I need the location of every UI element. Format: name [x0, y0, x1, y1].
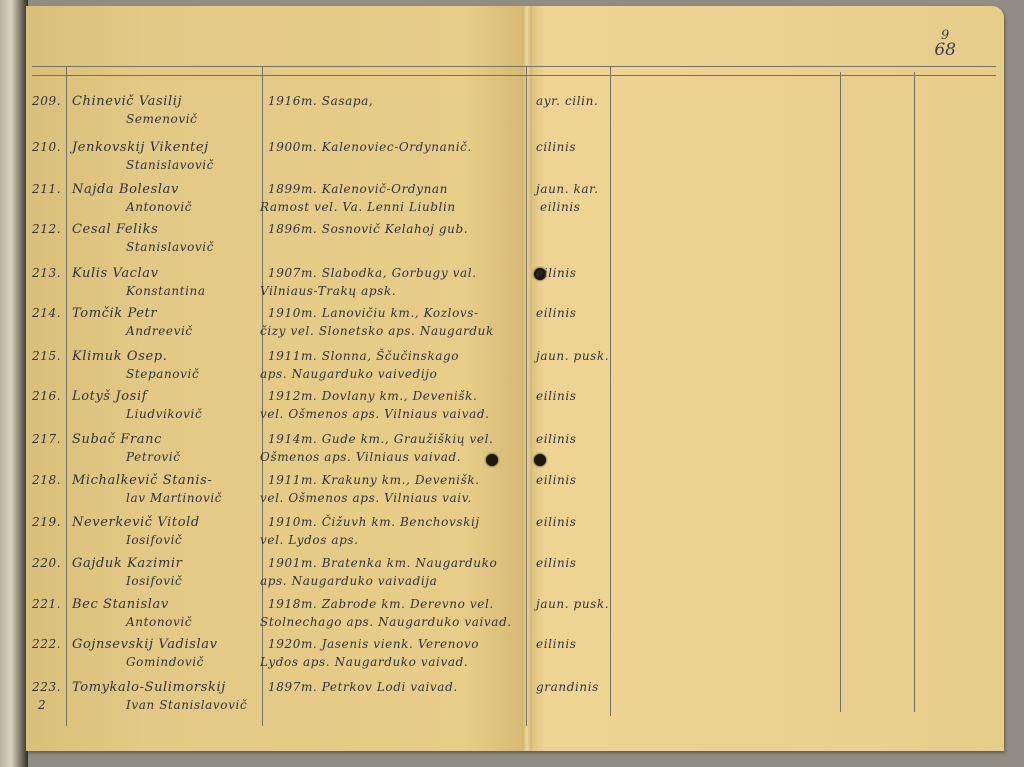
entry-patronymic: Stanislavovič	[126, 240, 214, 254]
entry-birth-place: 1920m. Jasenis vienk. Verenovo	[268, 637, 479, 651]
column-rule-extra-2	[914, 72, 915, 712]
entry-patronymic: Gomindovič	[126, 655, 204, 669]
entry-status: ayr. cilin.	[536, 94, 598, 108]
entry-name: Michalkevič Stanis-	[72, 473, 212, 488]
entry-birth-place-cont: aps. Naugarduko vaivedijo	[260, 367, 437, 381]
entry-birth-place-cont: aps. Naugarduko vaivadija	[260, 574, 437, 588]
header-rule-top	[32, 66, 996, 67]
entry-patronymic: Liudvikovič	[126, 407, 202, 421]
entry-status: eilinis	[536, 515, 577, 529]
entry-number-suffix: 2	[38, 698, 46, 712]
entry-birth-place: 1914m. Gude km., Graužiškių vel.	[268, 432, 493, 446]
entry-number: 219.	[32, 515, 61, 529]
column-rule-extra-1	[840, 72, 841, 712]
entry-name: Klimuk Osep.	[72, 349, 167, 364]
entry-number: 222.	[32, 637, 61, 651]
entry-name: Chinevič Vasilij	[72, 94, 182, 109]
punch-hole	[534, 454, 546, 466]
entry-patronymic: Andreevič	[126, 324, 193, 338]
entry-status: jaun. pusk.	[536, 597, 609, 611]
entry-number: 221.	[32, 597, 61, 611]
punch-hole	[486, 454, 498, 466]
entry-name: Bec Stanislav	[72, 597, 169, 612]
entry-number: 213.	[32, 266, 61, 280]
entry-status: eilinis	[536, 306, 577, 320]
entry-status: jaun. pusk.	[536, 349, 609, 363]
entry-patronymic: Petrovič	[126, 450, 181, 464]
entry-patronymic: Ivan Stanislavovič	[126, 698, 247, 712]
entry-birth-place-cont: Lydos aps. Naugarduko vaivad.	[260, 655, 468, 669]
column-rule-birth	[526, 66, 527, 726]
entry-birth-place: 1900m. Kalenoviec-Ordynanič.	[268, 140, 472, 154]
book-binding	[0, 0, 28, 767]
entry-birth-place-cont: vel. Lydos aps.	[260, 533, 359, 547]
entry-name: Najda Boleslav	[72, 182, 179, 197]
entry-patronymic: Antonovič	[126, 200, 192, 214]
entry-birth-place-cont: vel. Ošmenos aps. Vilniaus vaivad.	[260, 407, 490, 421]
entry-birth-place-cont: čizy vel. Slonetsko aps. Naugarduk	[260, 324, 494, 338]
entry-number: 211.	[32, 182, 61, 196]
entry-patronymic: Konstantina	[126, 284, 206, 298]
entry-status: eilinis	[536, 637, 577, 651]
entry-name: Subač Franc	[72, 432, 162, 447]
entry-birth-place: 1907m. Slabodka, Gorbugy val.	[268, 266, 477, 280]
entry-status: eilinis	[536, 432, 577, 446]
entry-number: 214.	[32, 306, 61, 320]
entry-patronymic: Stepanovič	[126, 367, 199, 381]
entry-birth-place: 1911m. Slonna, Ščučinskago	[268, 349, 459, 363]
entry-birth-place: 1910m. Lanovičiu km., Kozlovs-	[268, 306, 479, 320]
entry-number: 215.	[32, 349, 61, 363]
entry-number: 217.	[32, 432, 61, 446]
entry-patronymic: lav Martinovič	[126, 491, 222, 505]
entry-birth-place: 1916m. Sasapa,	[268, 94, 373, 108]
entry-birth-place: 1910m. Čižuvh km. Benchovskij	[268, 515, 480, 529]
column-rule-status	[610, 66, 611, 716]
entry-status: grandinis	[536, 680, 599, 694]
entry-status: eilinis	[536, 266, 577, 280]
entry-name: Tomčik Petr	[72, 306, 157, 321]
entry-number: 220.	[32, 556, 61, 570]
entry-number: 210.	[32, 140, 61, 154]
entry-name: Kulis Vaclav	[72, 266, 159, 281]
entry-name: Jenkovskij Vikentej	[72, 140, 209, 155]
entry-status: eilinis	[536, 473, 577, 487]
entry-name: Lotyš Josif	[72, 389, 147, 404]
entry-name: Neverkevič Vitold	[72, 515, 200, 530]
entry-birth-place: 1897m. Petrkov Lodi vaivad.	[268, 680, 458, 694]
page-fold	[522, 6, 532, 751]
entry-birth-place-cont: vel. Ošmenos aps. Vilniaus vaiv.	[260, 491, 472, 505]
entry-name: Cesal Feliks	[72, 222, 158, 237]
entry-name: Gojnsevskij Vadislav	[72, 637, 218, 652]
page-number: 9 68	[934, 28, 956, 58]
entry-patronymic: Iosifovič	[126, 533, 182, 547]
entry-number: 218.	[32, 473, 61, 487]
entry-birth-place: 1901m. Bratenka km. Naugarduko	[268, 556, 497, 570]
entry-patronymic: Stanislavovič	[126, 158, 214, 172]
register-page: 9 68 209.Chinevič VasilijSemenovič1916m.…	[26, 6, 1004, 751]
entry-status: cilinis	[536, 140, 576, 154]
entry-birth-place: 1918m. Zabrode km. Derevno vel.	[268, 597, 494, 611]
entry-birth-place-cont: Ošmenos aps. Vilniaus vaivad.	[260, 450, 461, 464]
entry-birth-place-cont: Vilniaus-Trakų apsk.	[260, 284, 396, 298]
entry-birth-place: 1899m. Kalenovič-Ordynan	[268, 182, 448, 196]
column-rule-number	[66, 66, 67, 726]
entry-birth-place-cont: Stolnechago aps. Naugarduko vaivad.	[260, 615, 512, 629]
entry-birth-place: 1912m. Dovlany km., Devenišk.	[268, 389, 477, 403]
entry-patronymic: Semenovič	[126, 112, 198, 126]
entry-name: Tomykalo-Sulimorskij	[72, 680, 226, 695]
entry-number: 212.	[32, 222, 61, 236]
entry-number: 223.	[32, 680, 61, 694]
entry-birth-place: 1896m. Sosnovič Kelahoj gub.	[268, 222, 468, 236]
entry-status: eilinis	[536, 389, 577, 403]
entry-patronymic: Iosifovič	[126, 574, 182, 588]
entry-birth-place-cont: Ramost vel. Va. Lenni Liublin	[260, 200, 456, 214]
entry-status: eilinis	[536, 556, 577, 570]
header-rule-bottom	[32, 75, 996, 76]
entry-status: jaun. kar.	[536, 182, 599, 196]
entry-status-2: eilinis	[540, 200, 581, 214]
entry-number: 216.	[32, 389, 61, 403]
entry-name: Gajduk Kazimir	[72, 556, 182, 571]
entry-patronymic: Antonovič	[126, 615, 192, 629]
entry-number: 209.	[32, 94, 61, 108]
entry-birth-place: 1911m. Krakuny km., Devenišk.	[268, 473, 480, 487]
